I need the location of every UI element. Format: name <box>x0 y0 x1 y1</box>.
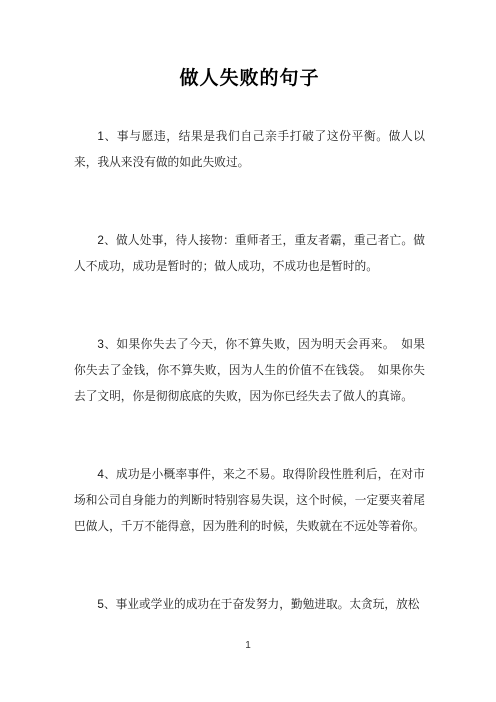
paragraph-1: 1、事与愿违，结果是我们自己亲手打破了这份平衡。做人以来，我从来没有做的如此失败… <box>74 124 425 176</box>
paragraph-3: 3、如果你失去了今天，你不算失败，因为明天会再来。 如果你失去了金钱，你不算失败… <box>74 332 425 410</box>
page-number: 1 <box>0 640 496 652</box>
document-body: 1、事与愿违，结果是我们自己亲手打破了这份平衡。做人以来，我从来没有做的如此失败… <box>74 124 425 618</box>
document-page: 做人失败的句子 1、事与愿违，结果是我们自己亲手打破了这份平衡。做人以来，我从来… <box>0 0 496 702</box>
document-title: 做人失败的句子 <box>74 66 425 92</box>
paragraph-4: 4、成功是小概率事件，来之不易。取得阶段性胜利后，在对市场和公司自身能力的判断时… <box>74 462 425 540</box>
paragraph-5: 5、事业或学业的成功在于奋发努力，勤勉进取。太贪玩，放松 <box>74 592 425 618</box>
paragraph-2: 2、做人处事，待人接物：重师者王，重友者霸，重己者亡。做人不成功，成功是暂时的；… <box>74 228 425 280</box>
